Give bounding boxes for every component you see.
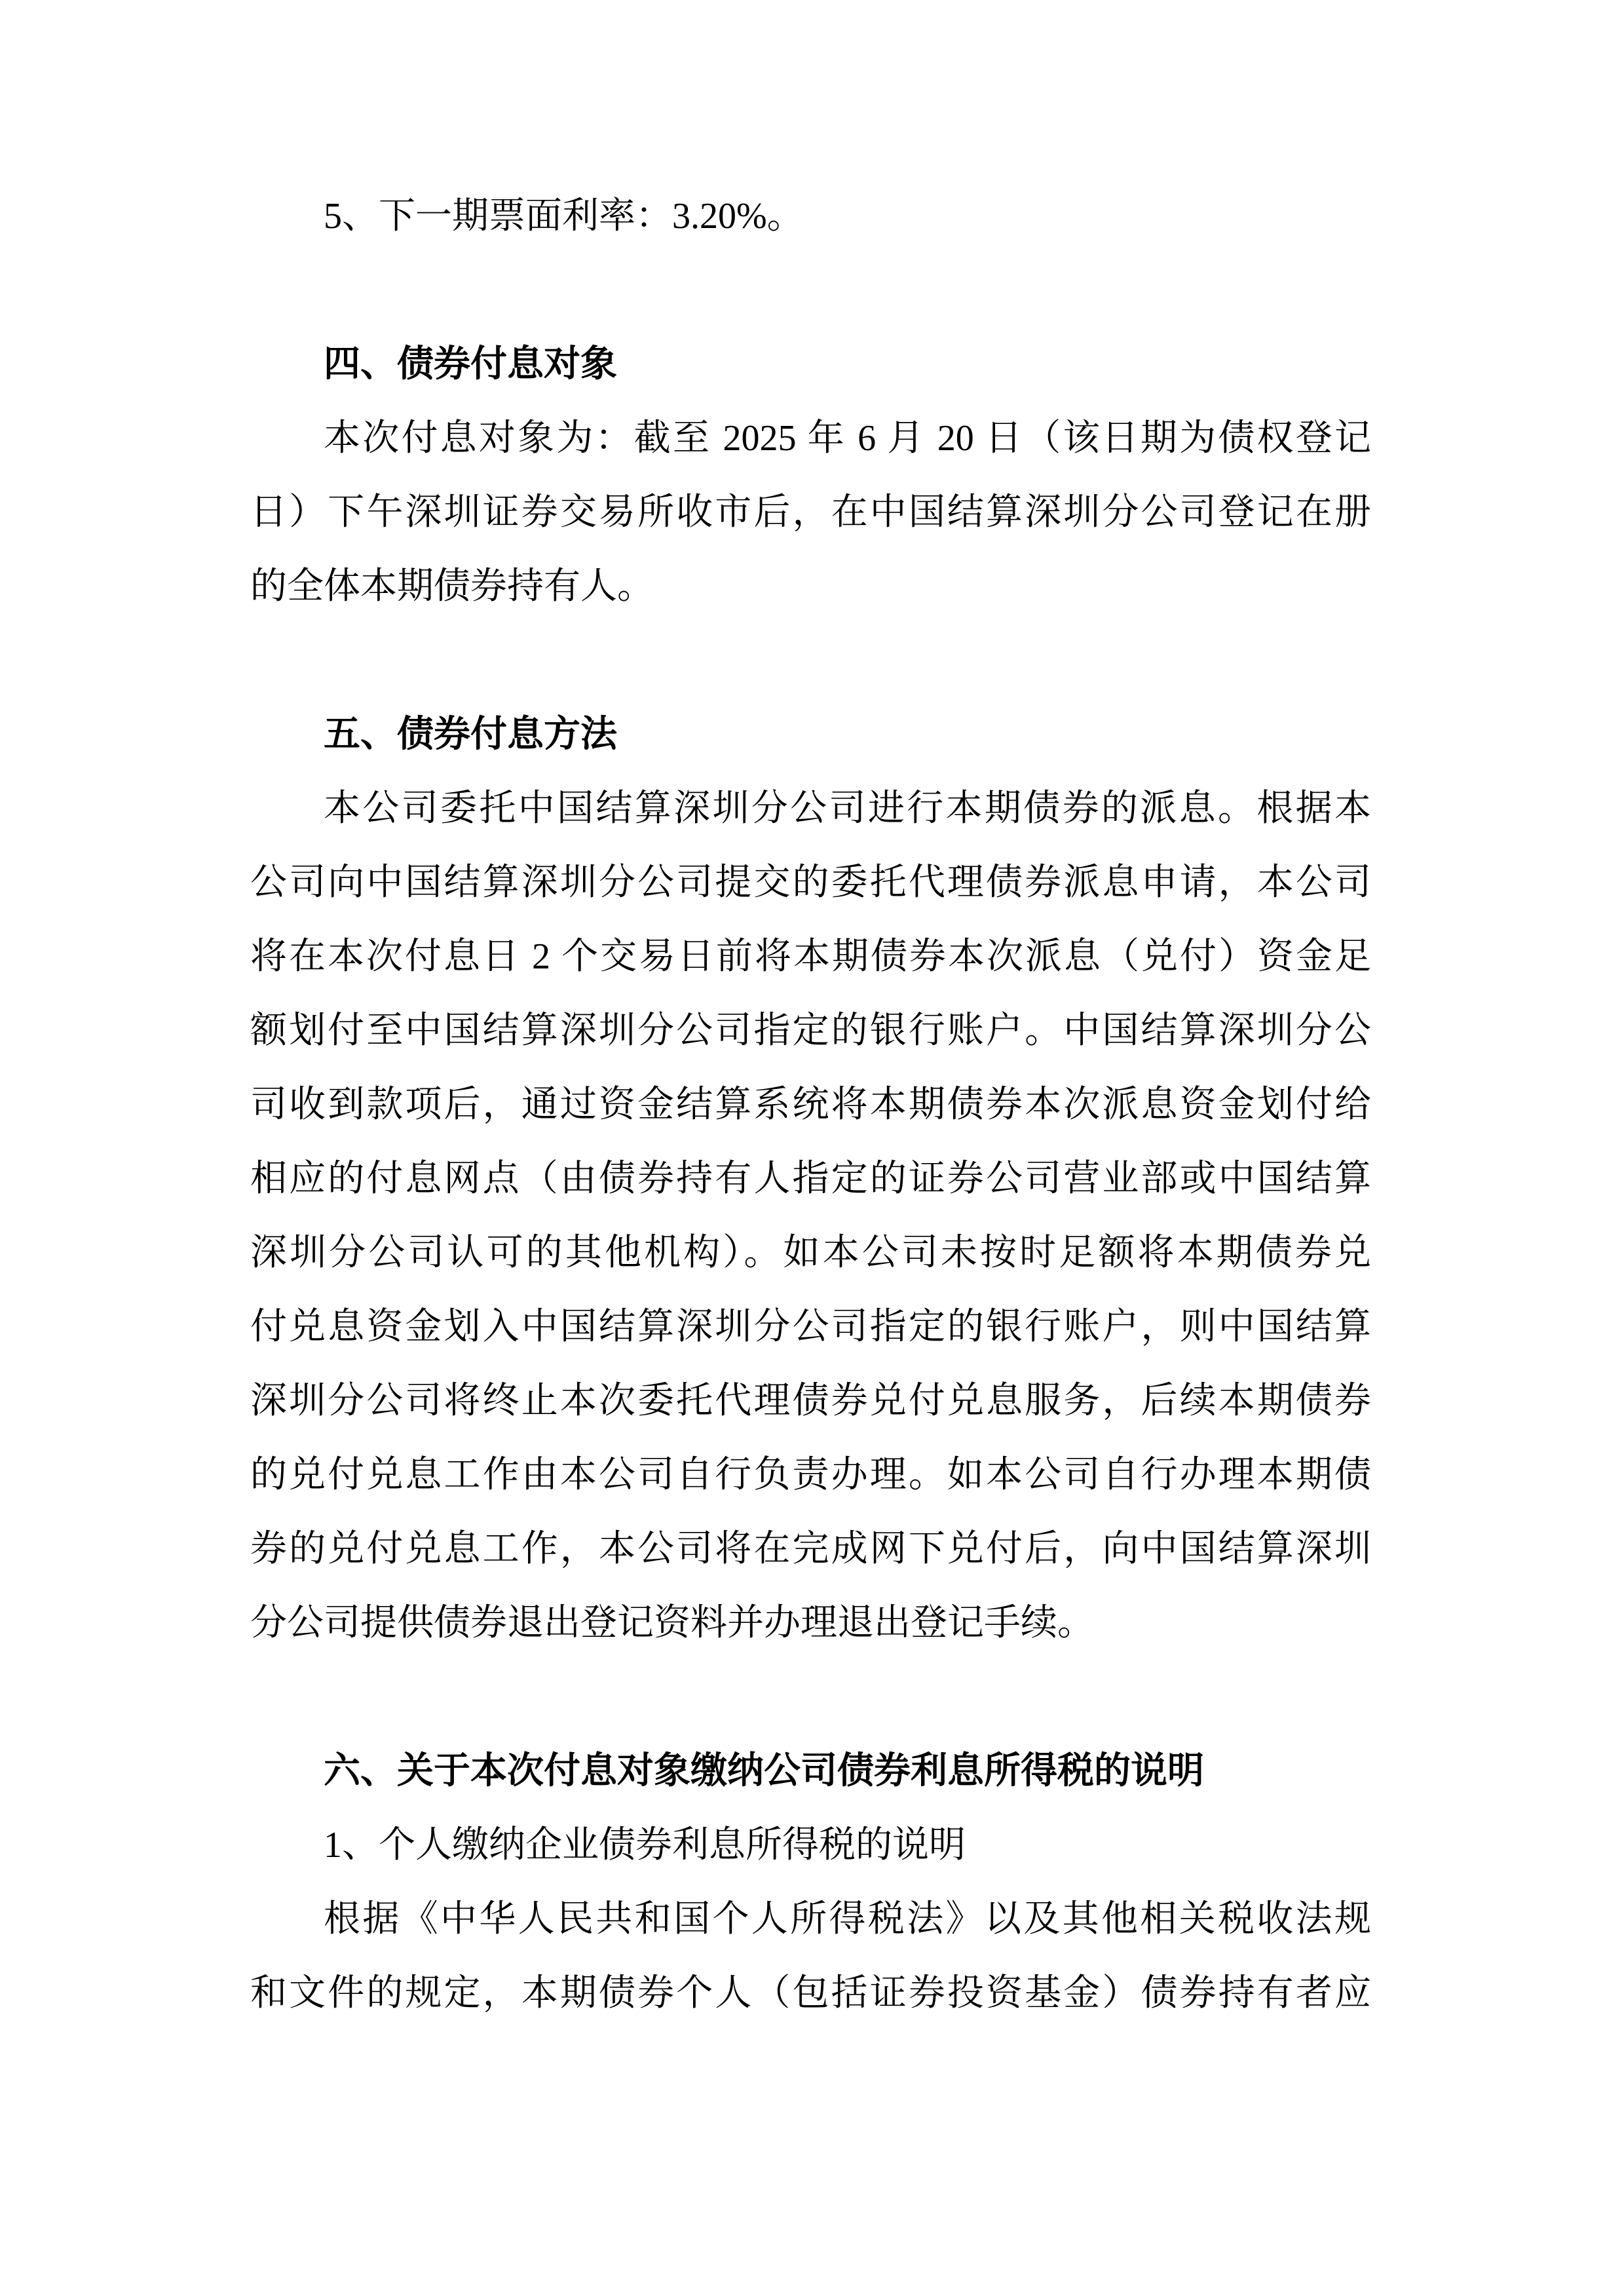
section-5-line: 深圳分公司将终止本次委托代理债券兑付兑息服务，后续本期债券	[250, 1364, 1371, 1438]
blank-line	[250, 1660, 1371, 1734]
section-5-line: 相应的付息网点（由债券持有人指定的证券公司营业部或中国结算	[250, 1142, 1371, 1216]
section-5-line: 本公司委托中国结算深圳分公司进行本期债券的派息。根据本	[250, 772, 1371, 846]
section-5-heading: 五、债券付息方法	[250, 698, 1371, 772]
document-page: 5、下一期票面利率：3.20%。 四、债券付息对象 本次付息对象为：截至 202…	[0, 0, 1624, 2296]
section-6-heading: 六、关于本次付息对象缴纳公司债券利息所得税的说明	[250, 1734, 1371, 1808]
section-6-sub-item: 1、个人缴纳企业债券利息所得税的说明	[250, 1808, 1371, 1883]
section-5-line: 公司向中国结算深圳分公司提交的委托代理债券派息申请，本公司	[250, 846, 1371, 920]
section-5-line: 将在本次付息日 2 个交易日前将本期债券本次派息（兑付）资金足	[250, 920, 1371, 994]
section-5-line: 深圳分公司认可的其他机构）。如本公司未按时足额将本期债券兑	[250, 1216, 1371, 1290]
section-4-heading: 四、债券付息对象	[250, 328, 1371, 402]
section-5-line: 额划付至中国结算深圳分公司指定的银行账户。中国结算深圳分公	[250, 994, 1371, 1068]
section-5-line: 的兑付兑息工作由本公司自行负责办理。如本公司自行办理本期债	[250, 1438, 1371, 1512]
section-5-line: 分公司提供债券退出登记资料并办理退出登记手续。	[250, 1586, 1371, 1660]
next-coupon-rate-line: 5、下一期票面利率：3.20%。	[250, 180, 1371, 254]
section-5-line: 付兑息资金划入中国结算深圳分公司指定的银行账户，则中国结算	[250, 1290, 1371, 1364]
section-6-line: 和文件的规定，本期债券个人（包括证券投资基金）债券持有者应	[250, 1957, 1371, 2031]
section-5-line: 司收到款项后，通过资金结算系统将本期债券本次派息资金划付给	[250, 1068, 1371, 1142]
section-4-line: 日）下午深圳证券交易所收市后，在中国结算深圳分公司登记在册	[250, 476, 1371, 550]
document-body: 5、下一期票面利率：3.20%。 四、债券付息对象 本次付息对象为：截至 202…	[250, 180, 1371, 2031]
section-5-line: 券的兑付兑息工作，本公司将在完成网下兑付后，向中国结算深圳	[250, 1512, 1371, 1586]
section-4-line: 的全体本期债券持有人。	[250, 550, 1371, 624]
blank-line	[250, 254, 1371, 328]
blank-line	[250, 624, 1371, 698]
section-6-line: 根据《中华人民共和国个人所得税法》以及其他相关税收法规	[250, 1883, 1371, 1957]
section-4-line: 本次付息对象为：截至 2025 年 6 月 20 日（该日期为债权登记	[250, 402, 1371, 476]
